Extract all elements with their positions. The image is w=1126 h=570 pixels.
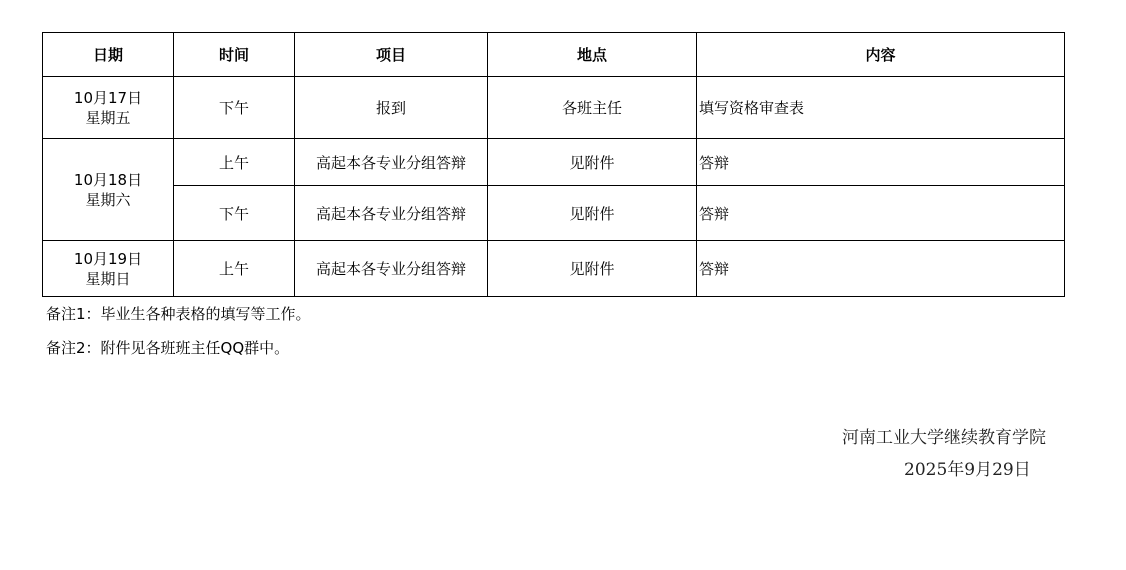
date-text: 10月17日 [43,88,173,108]
location-cell: 见附件 [488,186,697,241]
date-text: 10月18日 [43,170,173,190]
organization-name: 河南工业大学继续教育学院 [842,426,1046,450]
date-cell: 10月17日 星期五 [43,77,174,139]
schedule-table: 日期 时间 项目 地点 内容 10月17日 星期五 下午 报到 各班主任 填写资… [42,32,1065,297]
time-cell: 下午 [174,77,295,139]
weekday-text: 星期日 [43,269,173,289]
header-content: 内容 [697,33,1065,77]
item-cell: 高起本各专业分组答辩 [295,139,488,186]
header-item: 项目 [295,33,488,77]
date-text: 10月19日 [43,249,173,269]
table-header-row: 日期 时间 项目 地点 内容 [43,33,1065,77]
notes: 备注1：毕业生各种表格的填写等工作。 备注2：附件见各班班主任QQ群中。 [46,304,311,372]
content-cell: 填写资格审查表 [697,77,1065,139]
table-row: 10月19日 星期日 上午 高起本各专业分组答辩 见附件 答辩 [43,241,1065,297]
table-row: 10月18日 星期六 上午 高起本各专业分组答辩 见附件 答辩 [43,139,1065,186]
time-cell: 上午 [174,139,295,186]
date-cell: 10月18日 星期六 [43,139,174,241]
note-1: 备注1：毕业生各种表格的填写等工作。 [46,304,311,338]
item-cell: 高起本各专业分组答辩 [295,241,488,297]
item-cell: 高起本各专业分组答辩 [295,186,488,241]
content-cell: 答辩 [697,241,1065,297]
item-cell: 报到 [295,77,488,139]
location-cell: 见附件 [488,241,697,297]
note-2: 备注2：附件见各班班主任QQ群中。 [46,338,311,372]
header-location: 地点 [488,33,697,77]
weekday-text: 星期六 [43,190,173,210]
content-cell: 答辩 [697,186,1065,241]
date-cell: 10月19日 星期日 [43,241,174,297]
table-row: 下午 高起本各专业分组答辩 见附件 答辩 [43,186,1065,241]
location-cell: 见附件 [488,139,697,186]
time-cell: 上午 [174,241,295,297]
header-time: 时间 [174,33,295,77]
signature-date: 2025年9月29日 [842,458,1046,482]
time-cell: 下午 [174,186,295,241]
signature-block: 河南工业大学继续教育学院 2025年9月29日 [842,426,1046,482]
header-date: 日期 [43,33,174,77]
table-row: 10月17日 星期五 下午 报到 各班主任 填写资格审查表 [43,77,1065,139]
content-cell: 答辩 [697,139,1065,186]
location-cell: 各班主任 [488,77,697,139]
weekday-text: 星期五 [43,108,173,128]
